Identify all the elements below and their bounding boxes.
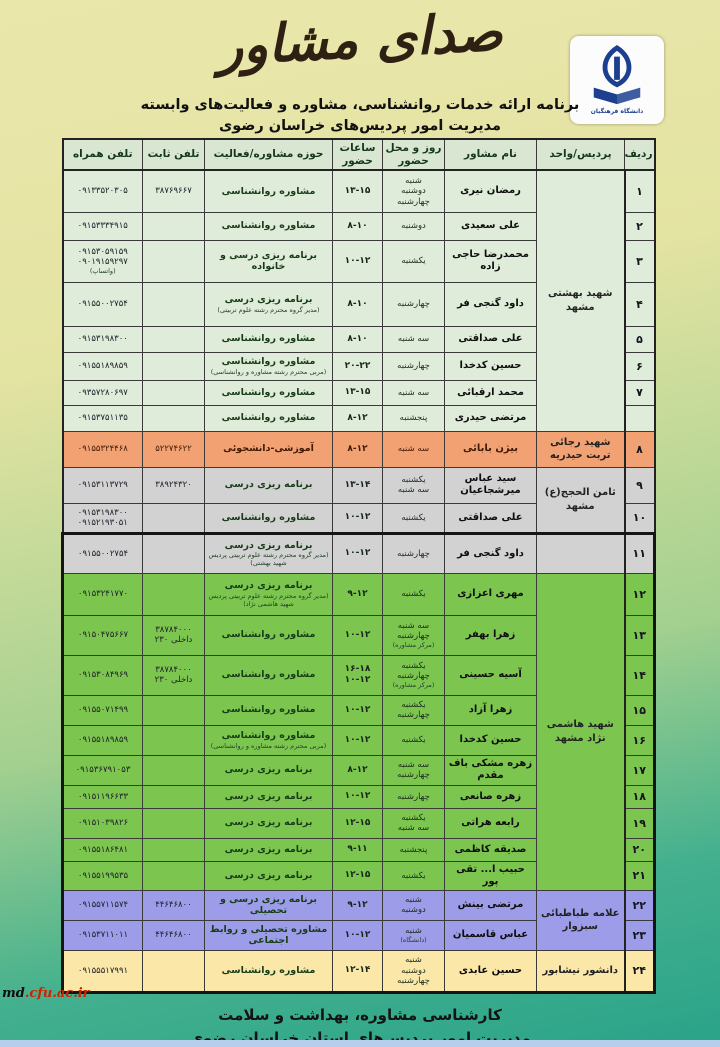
mobile-cell: ۰۹۱۵۳۲۴۱۷۷۰ bbox=[63, 573, 143, 615]
day-cell: یکشنبهسه شنبه bbox=[383, 467, 445, 503]
landline-cell: ۳۸۷۸۴۰۰۰داخلی ۲۳۰ bbox=[143, 655, 205, 695]
counselor-name-cell: مرتضی بینش bbox=[445, 890, 537, 920]
row-number-cell: ۸ bbox=[625, 431, 655, 467]
table-section-2: ۱۱داود گنجی فرچهارشنبه۱۰-۱۲برنامه ریزی د… bbox=[63, 533, 655, 992]
field-cell: مشاوره روانشناسی bbox=[205, 170, 333, 212]
field-cell: برنامه ریزی درسی bbox=[205, 467, 333, 503]
day-cell: شنبهدوشنبهچهارشنبه bbox=[383, 950, 445, 992]
field-cell: برنامه ریزی درسی bbox=[205, 785, 333, 808]
counselor-name-cell: سید عباس میرشجاعیان bbox=[445, 467, 537, 503]
field-cell: مشاوره روانشناسی bbox=[205, 615, 333, 655]
landline-cell: ۳۸۷۸۴۰۰۰داخلی ۲۳۰ bbox=[143, 615, 205, 655]
row-number-cell: ۶ bbox=[625, 352, 655, 380]
row-number-cell: ۷ bbox=[625, 380, 655, 405]
field-cell: آموزشی-دانشجوئی bbox=[205, 431, 333, 467]
field-cell: برنامه ریزی درسی و تحصیلی bbox=[205, 890, 333, 920]
hours-cell: ۱۰-۱۲ bbox=[333, 785, 383, 808]
landline-cell: ۳۸۹۲۴۳۲۰ bbox=[143, 467, 205, 503]
row-number-cell: ۱۴ bbox=[625, 655, 655, 695]
mobile-cell: ۰۹۱۵۵۳۲۴۴۶۸ bbox=[63, 431, 143, 467]
table-row: ۲۲علامه طباطبائیسبزوارمرتضی بینششنبهدوشن… bbox=[63, 890, 655, 920]
day-cell: سه شنبه bbox=[383, 380, 445, 405]
table-row: ۱۲شهید هاشمینژاد مشهدمهری اعزازییکشنبه۹-… bbox=[63, 573, 655, 615]
landline-cell bbox=[143, 380, 205, 405]
counselor-name-cell: عباس قاسمیان bbox=[445, 920, 537, 950]
mobile-cell: ۰۹۱۳۳۵۲۰۳۰۵ bbox=[63, 170, 143, 212]
landline-cell bbox=[143, 785, 205, 808]
counselor-name-cell: حسین عابدی bbox=[445, 950, 537, 992]
campus-cell: شهید رجائیتربت حیدریه bbox=[537, 431, 625, 467]
landline-cell bbox=[143, 326, 205, 352]
field-cell: برنامه ریزی درسی bbox=[205, 755, 333, 785]
field-cell: برنامه ریزی درسی(مدیر گروه محترم رشته عل… bbox=[205, 573, 333, 615]
hours-cell: ۱۰-۱۲ bbox=[333, 725, 383, 755]
counselor-name-cell: علی صداقتی bbox=[445, 326, 537, 352]
hours-cell: ۱۳-۱۵ bbox=[333, 380, 383, 405]
campus-cell bbox=[537, 533, 625, 573]
day-cell: چهارشنبه bbox=[383, 533, 445, 573]
day-cell: یکشنبه bbox=[383, 861, 445, 890]
counselor-name-cell: علی صداقتی bbox=[445, 503, 537, 533]
landline-cell bbox=[143, 695, 205, 725]
hours-cell: ۱۰-۱۲ bbox=[333, 240, 383, 282]
hours-cell: ۱۳-۱۴ bbox=[333, 467, 383, 503]
field-cell: مشاوره روانشناسی(مربی محترم رشته مشاوره … bbox=[205, 725, 333, 755]
field-cell: مشاوره روانشناسی(مربی محترم رشته مشاوره … bbox=[205, 352, 333, 380]
counselor-name-cell: رمضان نیری bbox=[445, 170, 537, 212]
landline-cell: ۴۴۶۴۶۸۰۰ bbox=[143, 890, 205, 920]
campus-cell: شهید هاشمینژاد مشهد bbox=[537, 573, 625, 890]
mobile-cell: ۰۹۱۵۵۰۰۲۷۵۴ bbox=[63, 533, 143, 573]
table-row: ۹ثامن الحجج(ع)مشهدسید عباس میرشجاعیانیکش… bbox=[63, 467, 655, 503]
mobile-cell: ۰۹۱۵۳۳۳۴۹۱۵ bbox=[63, 212, 143, 240]
col-header-3: روز و محل حضور bbox=[383, 139, 445, 170]
mobile-cell: ۰۹۱۵۰۴۷۵۶۶۷ bbox=[63, 615, 143, 655]
hours-cell: ۹-۱۱ bbox=[333, 838, 383, 861]
day-cell: یکشنبهچهارشنبه(مرکز مشاوره) bbox=[383, 655, 445, 695]
col-header-7: تلفن همراه bbox=[63, 139, 143, 170]
hours-cell: ۹-۱۲ bbox=[333, 573, 383, 615]
hours-cell: ۸-۱۰ bbox=[333, 282, 383, 326]
field-cell: مشاوره روانشناسی bbox=[205, 380, 333, 405]
col-header-5: حوزه مشاوره/فعالیت bbox=[205, 139, 333, 170]
landline-cell bbox=[143, 352, 205, 380]
hours-cell: ۱۶-۱۸۱۰-۱۲ bbox=[333, 655, 383, 695]
subtitle-line-1: برنامه ارائه خدمات روانشناسی، مشاوره و ف… bbox=[0, 95, 720, 117]
hours-cell: ۸-۱۲ bbox=[333, 431, 383, 467]
mobile-cell: ۰۹۱۵۳۱۹۸۳۰۰ bbox=[63, 326, 143, 352]
table-row: ۱شهید بهشتیمشهدرمضان نیریشنبهدوشنبهچهارش… bbox=[63, 170, 655, 212]
row-number-cell: ۱۰ bbox=[625, 503, 655, 533]
row-number-cell: ۳ bbox=[625, 240, 655, 282]
mobile-cell: ۰۹۱۵۳۰۵۹۱۵۹۰۹۰۱۹۱۵۹۲۹۷(واتساپ) bbox=[63, 240, 143, 282]
mobile-cell: ۰۹۱۵۳۶۷۹۱۰۵۳ bbox=[63, 755, 143, 785]
landline-cell bbox=[143, 573, 205, 615]
mobile-cell: ۰۹۱۵۳۷۵۱۱۳۵ bbox=[63, 405, 143, 431]
col-header-6: تلفن ثابت bbox=[143, 139, 205, 170]
mobile-cell: ۰۹۱۵۳۱۱۳۷۲۹ bbox=[63, 467, 143, 503]
hours-cell: ۹-۱۲ bbox=[333, 890, 383, 920]
counselor-name-cell: داود گنجی فر bbox=[445, 282, 537, 326]
row-number-cell: ۲۳ bbox=[625, 920, 655, 950]
hours-cell: ۱۰-۱۲ bbox=[333, 615, 383, 655]
day-cell: سه شنبه bbox=[383, 431, 445, 467]
row-number-cell: ۱۶ bbox=[625, 725, 655, 755]
landline-cell bbox=[143, 212, 205, 240]
mobile-cell: ۰۹۱۵۱۱۹۶۶۳۳ bbox=[63, 785, 143, 808]
landline-cell bbox=[143, 861, 205, 890]
watermark-prefix: md bbox=[2, 986, 25, 1001]
row-number-cell: ۱۳ bbox=[625, 615, 655, 655]
mobile-cell: ۰۹۱۵۳۱۹۸۳۰۰۰۹۱۵۲۱۹۳۰۵۱ bbox=[63, 503, 143, 533]
row-number-cell: ۲۱ bbox=[625, 861, 655, 890]
landline-cell: ۵۲۲۷۴۶۲۲ bbox=[143, 431, 205, 467]
hours-cell: ۱۰-۱۲ bbox=[333, 533, 383, 573]
mobile-cell: ۰۹۱۵۵۰۰۲۷۵۴ bbox=[63, 282, 143, 326]
col-header-1: پردیس/واحد bbox=[537, 139, 625, 170]
counselor-schedule-table: ردیفپردیس/واحدنام مشاورروز و محل حضورساع… bbox=[61, 138, 656, 994]
hours-cell: ۱۳-۱۵ bbox=[333, 170, 383, 212]
col-header-2: نام مشاور bbox=[445, 139, 537, 170]
row-number-cell: ۱ bbox=[625, 170, 655, 212]
counselor-name-cell: زهره صانعی bbox=[445, 785, 537, 808]
landline-cell bbox=[143, 950, 205, 992]
mobile-cell: ۰۹۱۵۳۰۸۴۹۶۹ bbox=[63, 655, 143, 695]
counselor-name-cell: بیژن بابائی bbox=[445, 431, 537, 467]
bottom-strip bbox=[0, 1040, 720, 1047]
mobile-cell: ۰۹۱۵۵۱۸۶۴۸۱ bbox=[63, 838, 143, 861]
page-header: صدای مشاور دانشگاه فرهنگیان برنامه ارائه… bbox=[0, 0, 720, 138]
row-number-cell bbox=[625, 405, 655, 431]
hours-cell: ۱۰-۱۲ bbox=[333, 503, 383, 533]
mobile-cell: ۰۹۱۵۵۷۱۱۵۷۴ bbox=[63, 890, 143, 920]
field-cell: برنامه ریزی درسی bbox=[205, 838, 333, 861]
day-cell: چهارشنبه bbox=[383, 352, 445, 380]
counselor-name-cell: صدیقه کاظمی bbox=[445, 838, 537, 861]
mobile-cell: ۰۹۳۵۷۲۸۰۶۹۷ bbox=[63, 380, 143, 405]
field-cell: برنامه ریزی درسی(مدیر گروه محترم رشته عل… bbox=[205, 282, 333, 326]
field-cell: مشاوره روانشناسی bbox=[205, 326, 333, 352]
row-number-cell: ۱۹ bbox=[625, 808, 655, 838]
landline-cell bbox=[143, 405, 205, 431]
table-header: ردیفپردیس/واحدنام مشاورروز و محل حضورساع… bbox=[63, 139, 655, 170]
campus-cell: شهید بهشتیمشهد bbox=[537, 170, 625, 431]
field-cell: مشاوره روانشناسی bbox=[205, 405, 333, 431]
field-cell: مشاوره روانشناسی bbox=[205, 695, 333, 725]
day-cell: پنجشنبه bbox=[383, 405, 445, 431]
hours-cell: ۱۰-۱۲ bbox=[333, 920, 383, 950]
counselor-name-cell: حسین کدخدا bbox=[445, 352, 537, 380]
hours-cell: ۸-۱۲ bbox=[333, 405, 383, 431]
counselor-name-cell: زهرا بهفر bbox=[445, 615, 537, 655]
row-number-cell: ۲۰ bbox=[625, 838, 655, 861]
table-header-row: ردیفپردیس/واحدنام مشاورروز و محل حضورساع… bbox=[63, 139, 655, 170]
landline-cell bbox=[143, 240, 205, 282]
hours-cell: ۸-۱۲ bbox=[333, 755, 383, 785]
hours-cell: ۱۲-۱۵ bbox=[333, 808, 383, 838]
field-cell: برنامه ریزی درسی bbox=[205, 808, 333, 838]
day-cell: یکشنبه bbox=[383, 240, 445, 282]
watermark-url: md.cfu.ac.ir bbox=[2, 986, 90, 1001]
schedule-table-wrapper: ردیفپردیس/واحدنام مشاورروز و محل حضورساع… bbox=[64, 138, 656, 994]
mobile-cell: ۰۹۱۵۵۱۸۹۸۵۹ bbox=[63, 352, 143, 380]
landline-cell bbox=[143, 755, 205, 785]
row-number-cell: ۲۴ bbox=[625, 950, 655, 992]
field-cell: برنامه ریزی درسی bbox=[205, 861, 333, 890]
table-row: ۸شهید رجائیتربت حیدریهبیژن بابائیسه شنبه… bbox=[63, 431, 655, 467]
col-header-4: ساعات حضور bbox=[333, 139, 383, 170]
day-cell: پنجشنبه bbox=[383, 838, 445, 861]
hours-cell: ۲۰-۲۲ bbox=[333, 352, 383, 380]
row-number-cell: ۱۲ bbox=[625, 573, 655, 615]
mobile-cell: ۰۹۱۵۵۱۹۹۵۳۵ bbox=[63, 861, 143, 890]
landline-cell bbox=[143, 533, 205, 573]
landline-cell bbox=[143, 725, 205, 755]
campus-cell: علامه طباطبائیسبزوار bbox=[537, 890, 625, 950]
field-cell: مشاوره روانشناسی bbox=[205, 212, 333, 240]
day-cell: سه شنبهچهارشنبه(مرکز مشاوره) bbox=[383, 615, 445, 655]
page-subtitle: برنامه ارائه خدمات روانشناسی، مشاوره و ف… bbox=[0, 95, 720, 139]
mobile-cell: ۰۹۱۵۱۰۳۹۸۲۶ bbox=[63, 808, 143, 838]
landline-cell bbox=[143, 503, 205, 533]
landline-cell: ۳۸۷۶۹۶۶۷ bbox=[143, 170, 205, 212]
mobile-cell: ۰۹۱۵۳۷۱۱۰۱۱ bbox=[63, 920, 143, 950]
campus-cell: ثامن الحجج(ع)مشهد bbox=[537, 467, 625, 533]
day-cell: سه شنبه bbox=[383, 326, 445, 352]
day-cell: یکشنبهسه شنبه bbox=[383, 808, 445, 838]
counselor-name-cell: حبیب ا... تقی پور bbox=[445, 861, 537, 890]
day-cell: یکشنبه bbox=[383, 725, 445, 755]
row-number-cell: ۵ bbox=[625, 326, 655, 352]
campus-cell: دانشور نیشابور bbox=[537, 950, 625, 992]
day-cell: چهارشنبه bbox=[383, 785, 445, 808]
counselor-name-cell: مرتضی حیدری bbox=[445, 405, 537, 431]
field-cell: برنامه ریزی درسی و خانواده bbox=[205, 240, 333, 282]
counselor-name-cell: مهری اعزازی bbox=[445, 573, 537, 615]
day-cell: سه شنبهچهارشنبه bbox=[383, 755, 445, 785]
page-title: صدای مشاور bbox=[119, 0, 601, 83]
field-cell: برنامه ریزی درسی(مدیر گروه محترم رشته عل… bbox=[205, 533, 333, 573]
row-number-cell: ۱۸ bbox=[625, 785, 655, 808]
landline-cell bbox=[143, 808, 205, 838]
day-cell: شنبهدوشنبه bbox=[383, 890, 445, 920]
col-header-0: ردیف bbox=[625, 139, 655, 170]
hours-cell: ۱۲-۱۵ bbox=[333, 861, 383, 890]
landline-cell bbox=[143, 282, 205, 326]
row-number-cell: ۱۵ bbox=[625, 695, 655, 725]
watermark-suffix: .cfu.ac.ir bbox=[25, 986, 90, 1001]
field-cell: مشاوره تحصیلی و روابط اجتماعی bbox=[205, 920, 333, 950]
counselor-name-cell: داود گنجی فر bbox=[445, 533, 537, 573]
row-number-cell: ۲۲ bbox=[625, 890, 655, 920]
landline-cell: ۴۴۶۴۶۸۰۰ bbox=[143, 920, 205, 950]
row-number-cell: ۱۱ bbox=[625, 533, 655, 573]
day-cell: یکشنبه bbox=[383, 503, 445, 533]
counselor-name-cell: علی سعیدی bbox=[445, 212, 537, 240]
row-number-cell: ۹ bbox=[625, 467, 655, 503]
mobile-cell: ۰۹۱۵۵۰۷۱۴۹۹ bbox=[63, 695, 143, 725]
hours-cell: ۱۰-۱۲ bbox=[333, 695, 383, 725]
hours-cell: ۱۲-۱۴ bbox=[333, 950, 383, 992]
footer-line-1: کارشناسی مشاوره، بهداشت و سلامت bbox=[0, 1004, 720, 1027]
day-cell: چهارشنبه bbox=[383, 282, 445, 326]
day-cell: شنبهدوشنبهچهارشنبه bbox=[383, 170, 445, 212]
scanned-schedule-page: { "page": { "title_calligraphy": "صدای م… bbox=[0, 0, 720, 1047]
subtitle-line-2: مدیریت امور پردیس‌های خراسان رضوی bbox=[0, 116, 720, 138]
table-row: ۲۴دانشور نیشابورحسین عابدیشنبهدوشنبهچهار… bbox=[63, 950, 655, 992]
counselor-name-cell: رابعه هراتی bbox=[445, 808, 537, 838]
row-number-cell: ۲ bbox=[625, 212, 655, 240]
day-cell: شنبه(دانشگاه) bbox=[383, 920, 445, 950]
day-cell: یکشنبه bbox=[383, 573, 445, 615]
table-row: ۱۱داود گنجی فرچهارشنبه۱۰-۱۲برنامه ریزی د… bbox=[63, 533, 655, 573]
counselor-name-cell: حسین کدخدا bbox=[445, 725, 537, 755]
hours-cell: ۸-۱۰ bbox=[333, 326, 383, 352]
counselor-name-cell: محمد ارقبائی bbox=[445, 380, 537, 405]
day-cell: یکشنبهچهارشنبه bbox=[383, 695, 445, 725]
row-number-cell: ۴ bbox=[625, 282, 655, 326]
field-cell: مشاوره روانشناسی bbox=[205, 655, 333, 695]
counselor-name-cell: زهره مشکی باف مقدم bbox=[445, 755, 537, 785]
hours-cell: ۸-۱۰ bbox=[333, 212, 383, 240]
table-section-1: ۱شهید بهشتیمشهدرمضان نیریشنبهدوشنبهچهارش… bbox=[63, 170, 655, 533]
row-number-cell: ۱۷ bbox=[625, 755, 655, 785]
day-cell: دوشنبه bbox=[383, 212, 445, 240]
counselor-name-cell: آسیه حسینی bbox=[445, 655, 537, 695]
field-cell: مشاوره روانشناسی bbox=[205, 950, 333, 992]
field-cell: مشاوره روانشناسی bbox=[205, 503, 333, 533]
landline-cell bbox=[143, 838, 205, 861]
counselor-name-cell: زهرا آزاد bbox=[445, 695, 537, 725]
counselor-name-cell: محمدرضا حاجی زاده bbox=[445, 240, 537, 282]
mobile-cell: ۰۹۱۵۵۱۸۹۸۵۹ bbox=[63, 725, 143, 755]
